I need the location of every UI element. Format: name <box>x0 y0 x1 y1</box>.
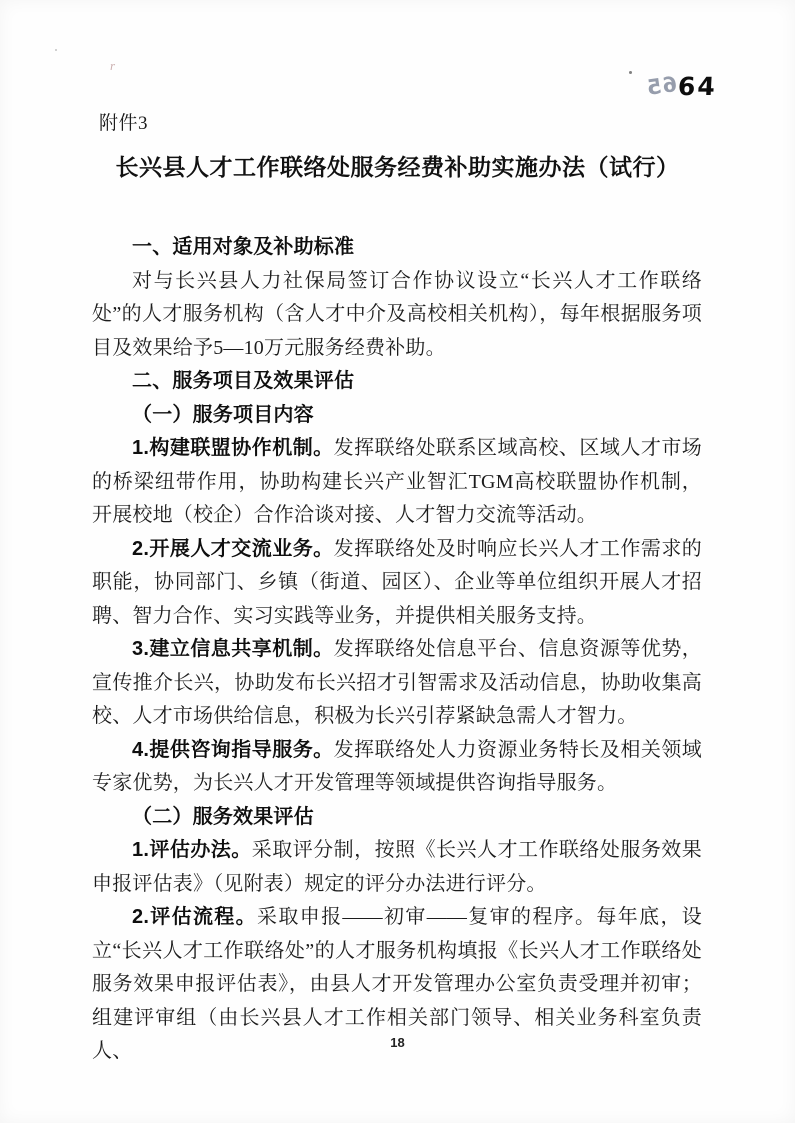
paragraph-lead: 4.提供咨询指导服务。 <box>132 739 334 761</box>
section-heading: 一、适用对象及补助标准 <box>92 231 702 265</box>
attachment-label: 附件3 <box>99 108 148 135</box>
paragraph-lead: 2.开展人才交流业务。 <box>132 538 334 560</box>
paragraph-lead: 1.构建联盟协作机制。 <box>132 437 334 459</box>
paragraph: 1.评估办法。采取评分制，按照《长兴人才工作联络处服务效果申报评估表》（见附表）… <box>92 834 702 901</box>
stamp-page-number: 64 <box>678 74 718 99</box>
paragraph-lead: 1.评估办法。 <box>132 839 252 861</box>
scan-speck <box>55 49 57 51</box>
paragraph-lead: 3.建立信息共享机制。 <box>132 638 334 660</box>
document-body: 一、适用对象及补助标准对与长兴县人力社保局签订合作协议设立“长兴人才工作联络处”… <box>92 231 702 1069</box>
paragraph: 1.构建联盟协作机制。发挥联络处联系区域高校、区域人才市场的桥梁纽带作用，协助构… <box>92 432 702 533</box>
paragraph: 2.开展人才交流业务。发挥联络处及时响应长兴人才工作需求的职能，协同部门、乡镇（… <box>92 533 702 634</box>
section-heading: 二、服务项目及效果评估 <box>92 365 702 399</box>
page-number: 18 <box>0 1035 795 1050</box>
scanned-document-page: r 6564 附件3 长兴县人才工作联络处服务经费补助实施办法（试行） 一、适用… <box>0 0 795 1123</box>
page-stamp: 6564 <box>646 74 717 99</box>
section-heading: （二）服务效果评估 <box>92 801 702 835</box>
stamp-bleedthrough-number: 65 <box>645 74 679 99</box>
paragraph: 4.提供咨询指导服务。发挥联络处人力资源业务特长及相关领域专家优势，为长兴人才开… <box>92 734 702 801</box>
paragraph: 对与长兴县人力社保局签订合作协议设立“长兴人才工作联络处”的人才服务机构（含人才… <box>92 265 702 366</box>
paragraph-lead: 2.评估流程。 <box>132 906 257 928</box>
scan-speck <box>629 71 632 74</box>
scan-artifact-mark: r <box>110 58 115 74</box>
document-title: 长兴县人才工作联络处服务经费补助实施办法（试行） <box>0 149 795 182</box>
paragraph: 3.建立信息共享机制。发挥联络处信息平台、信息资源等优势，宣传推介长兴，协助发布… <box>92 633 702 734</box>
section-heading: （一）服务项目内容 <box>92 399 702 433</box>
